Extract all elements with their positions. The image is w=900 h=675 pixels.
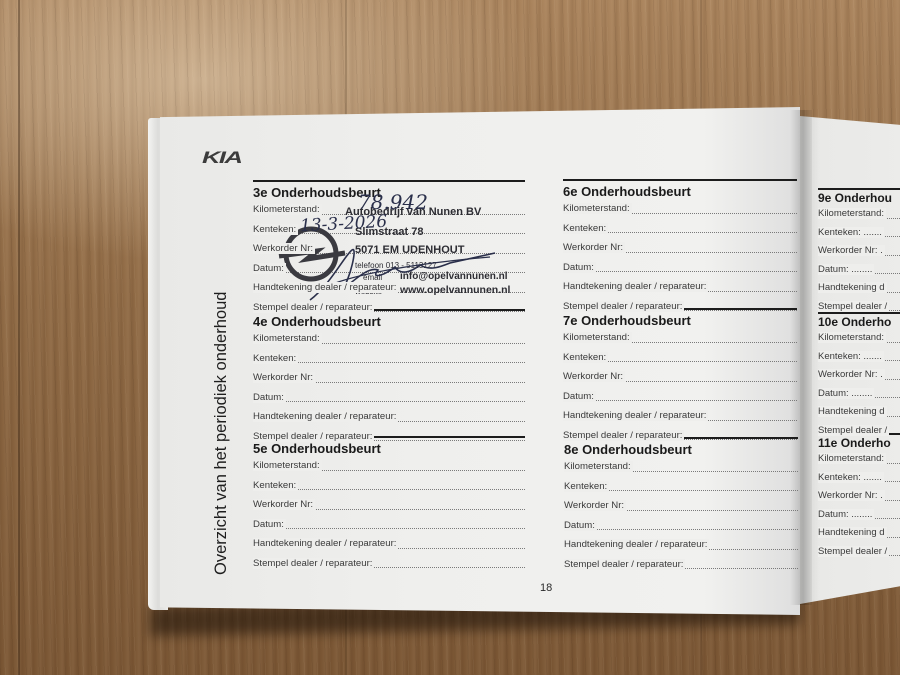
page-number: 18 [540, 582, 552, 594]
kia-logo: KIA [202, 148, 241, 168]
form-field[interactable]: Kilometerstand: [563, 328, 797, 348]
field-label: Stempel dealer / reparateur: [253, 431, 374, 442]
field-label: Kilometerstand: [818, 453, 886, 464]
field-label: Datum: [563, 262, 596, 273]
field-label: Werkorder Nr: [253, 499, 315, 510]
page-title-vertical: Overzicht van het periodiek onderhoud [212, 292, 231, 575]
field-label: Datum: ........ [818, 264, 874, 275]
form-field[interactable]: Werkorder Nr: . [818, 366, 900, 385]
form-field[interactable]: Kilometerstand: [253, 456, 525, 476]
form-field[interactable]: Handtekening dealer / reparateur: [563, 406, 797, 426]
field-label: Handtekening d [818, 406, 887, 417]
field-label: Handtekening dealer / reparateur: [253, 538, 398, 549]
field-label: Stempel dealer / [818, 425, 889, 436]
form-field[interactable]: Datum: [564, 516, 798, 536]
service-section-10: 10e OnderhoKilometerstand:Kenteken: ....… [818, 312, 900, 440]
form-field[interactable]: Kilometerstand: [563, 199, 797, 219]
form-field[interactable]: Handtekening dealer / reparateur: [564, 535, 798, 555]
service-section-6: 6e OnderhoudsbeurtKilometerstand:Kenteke… [563, 179, 797, 316]
form-field[interactable]: Datum: [253, 515, 525, 535]
form-field[interactable]: Handtekening dealer / reparateur: [253, 534, 525, 554]
section-title: 11e Onderho [818, 437, 900, 450]
field-label: Kilometerstand: [253, 204, 322, 215]
field-label: Datum: [253, 392, 286, 403]
field-label: Handtekening d [818, 282, 887, 293]
field-label: Kenteken: ....... [818, 472, 884, 483]
section-title: 8e Onderhoudsbeurt [564, 442, 798, 457]
form-field[interactable]: Kenteken: ....... [818, 224, 900, 243]
form-field[interactable]: Kilometerstand: [253, 329, 525, 349]
field-label: Handtekening dealer / reparateur: [563, 410, 708, 421]
form-field[interactable]: Datum: ........ [818, 261, 900, 280]
form-field[interactable]: Kenteken: [563, 219, 797, 239]
section-title: 10e Onderho [818, 316, 900, 329]
dotted-line [564, 529, 798, 530]
form-field[interactable]: Kilometerstand: [818, 205, 900, 224]
form-field[interactable]: Handtekening d [818, 279, 900, 298]
field-label: Stempel dealer / [818, 301, 889, 312]
field-label: Werkorder Nr: [563, 371, 625, 382]
field-label: Kenteken: ....... [818, 227, 884, 238]
field-label: Handtekening dealer / reparateur: [564, 539, 709, 550]
field-label: Kenteken: [253, 224, 298, 235]
service-section-4: 4e OnderhoudsbeurtKilometerstand:Kenteke… [253, 309, 525, 446]
field-label: Handtekening dealer / reparateur: [253, 411, 398, 422]
section-title: 9e Onderhou [818, 192, 900, 205]
form-field[interactable]: Kenteken: [253, 476, 525, 496]
form-field[interactable]: Werkorder Nr: [253, 368, 525, 388]
field-label: Kilometerstand: [253, 333, 322, 344]
form-field[interactable]: Kilometerstand: [818, 329, 900, 348]
field-label: Kenteken: [563, 223, 608, 234]
field-label: Stempel dealer / reparateur: [253, 558, 374, 569]
field-label: Handtekening dealer / reparateur: [253, 282, 398, 293]
plank-seam [18, 0, 20, 675]
field-label: Kilometerstand: [818, 332, 886, 343]
form-field[interactable]: Werkorder Nr: [563, 238, 797, 258]
form-field[interactable]: Kenteken: ....... [818, 348, 900, 367]
form-field[interactable]: Werkorder Nr: [253, 495, 525, 515]
dotted-line [563, 400, 797, 401]
form-field[interactable]: Werkorder Nr: [564, 496, 798, 516]
field-label: Kenteken: [564, 481, 609, 492]
section-title: 7e Onderhoudsbeurt [563, 313, 797, 328]
section-rule [563, 179, 797, 181]
field-label: Stempel dealer / reparateur: [563, 430, 684, 441]
form-field[interactable]: Datum: [253, 388, 525, 408]
section-rule [253, 180, 525, 182]
form-field[interactable]: Stempel dealer / [818, 543, 900, 562]
field-label: Werkorder Nr: . [818, 369, 885, 380]
service-section-7: 7e OnderhoudsbeurtKilometerstand:Kenteke… [563, 308, 797, 445]
form-field[interactable]: Handtekening dealer / reparateur: [253, 407, 525, 427]
field-label: Stempel dealer / reparateur: [563, 301, 684, 312]
field-label: Kenteken: [563, 352, 608, 363]
form-field[interactable]: Kilometerstand: [564, 457, 798, 477]
form-field[interactable]: Datum: [563, 258, 797, 278]
field-label: Stempel dealer / reparateur: [253, 302, 374, 313]
field-label: Kenteken: [253, 480, 298, 491]
form-field[interactable]: Stempel dealer / reparateur: [564, 555, 798, 575]
dotted-line [253, 528, 525, 529]
handwritten-kilometerstand: 78.942 [358, 190, 428, 214]
field-label: Werkorder Nr: [563, 242, 625, 253]
field-label: Kilometerstand: [818, 208, 886, 219]
field-label: Datum: [564, 520, 597, 531]
section-rule [818, 312, 900, 314]
field-label: Stempel dealer / [818, 546, 889, 557]
field-label: Werkorder Nr: [253, 243, 315, 254]
service-section-8: 8e OnderhoudsbeurtKilometerstand:Kenteke… [564, 437, 798, 574]
field-label: Kenteken: ....... [818, 351, 884, 362]
service-section-11: 11e OnderhoKilometerstand:Kenteken: ....… [818, 433, 900, 561]
field-label: Kenteken: [253, 353, 298, 364]
form-field[interactable]: Handtekening d [818, 403, 900, 422]
field-label: Stempel dealer / reparateur: [564, 559, 685, 570]
field-label: Werkorder Nr: [564, 500, 626, 511]
form-field[interactable]: Handtekening d [818, 524, 900, 543]
field-label: Werkorder Nr: . [818, 490, 885, 501]
section-title: 5e Onderhoudsbeurt [253, 441, 525, 456]
field-label: Kilometerstand: [253, 460, 322, 471]
field-label: Werkorder Nr: [253, 372, 315, 383]
form-field[interactable]: Stempel dealer / reparateur: [253, 554, 525, 574]
service-section-5: 5e OnderhoudsbeurtKilometerstand:Kenteke… [253, 436, 525, 573]
handwritten-signature [300, 245, 500, 305]
form-field[interactable]: Datum: ........ [818, 506, 900, 525]
dotted-line [563, 271, 797, 272]
form-field[interactable]: Werkorder Nr: . [818, 487, 900, 506]
form-field[interactable]: Datum: ........ [818, 385, 900, 404]
field-label: Handtekening dealer / reparateur: [563, 281, 708, 292]
form-field[interactable]: Datum: [563, 387, 797, 407]
form-field[interactable]: Kenteken: [563, 348, 797, 368]
section-title: 6e Onderhoudsbeurt [563, 184, 797, 199]
field-label: Datum: ........ [818, 388, 874, 399]
field-label: Datum: [253, 519, 286, 530]
field-label: Kilometerstand: [564, 461, 633, 472]
form-field[interactable]: Kenteken: ....... [818, 469, 900, 488]
form-field[interactable]: Kenteken: [253, 220, 525, 240]
form-field[interactable]: Handtekening dealer / reparateur: [563, 277, 797, 297]
field-label: Datum: [253, 263, 286, 274]
field-label: Datum: [563, 391, 596, 402]
field-label: Datum: ........ [818, 509, 874, 520]
field-label: Kilometerstand: [563, 332, 632, 343]
field-label: Werkorder Nr: . [818, 245, 885, 256]
dotted-line [253, 401, 525, 402]
form-field[interactable]: Werkorder Nr: [563, 367, 797, 387]
field-label: Handtekening d [818, 527, 887, 538]
section-title: 4e Onderhoudsbeurt [253, 314, 525, 329]
section-rule [818, 188, 900, 190]
form-field[interactable]: Werkorder Nr: . [818, 242, 900, 261]
form-field[interactable]: Kenteken: [253, 349, 525, 369]
field-label: Kilometerstand: [563, 203, 632, 214]
form-field[interactable]: Kenteken: [564, 477, 798, 497]
service-section-9: 9e OnderhouKilometerstand:Kenteken: ....… [818, 188, 900, 316]
form-field[interactable]: Kilometerstand: [818, 450, 900, 469]
